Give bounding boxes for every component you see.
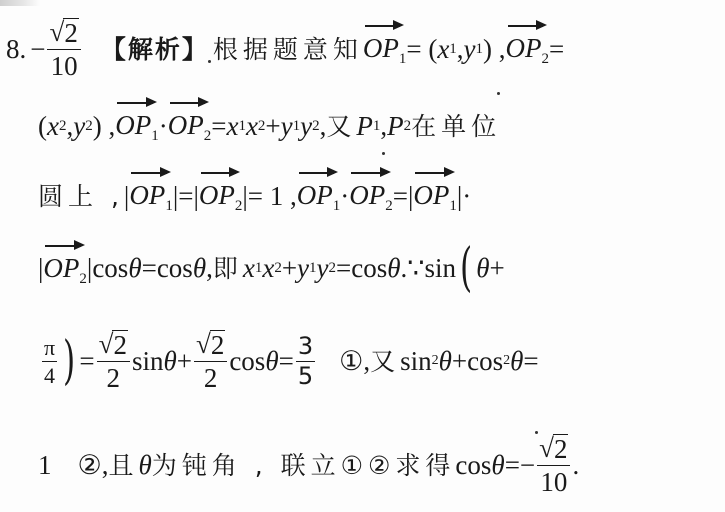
sqrt2-over-2: √2 2 [194,330,227,393]
sqrt-icon: √ [99,330,114,358]
scan-speck [535,431,538,434]
because-icon: ∵ [407,255,424,282]
scan-speck [497,92,500,95]
solution-line-3: 圆上 , | OP1 | = | OP2 | = 1 , OP1 · OP2 =… [38,178,471,214]
vector-op2: OP2 [349,178,393,214]
sqrt-icon: √ [49,18,64,46]
solution-line-2: ( x2 , y2 ) , OP1 · OP2 = x1 x2 + y1 y2 … [38,108,501,144]
solution-line-6: 1 ② , 且 θ 为钝角 , 联立①②求得 cos θ = − √2 10 . [38,434,579,497]
final-answer-fraction: √2 10 [537,434,570,497]
vector-op1: OP1 [297,178,341,214]
answer-sign: − [30,36,45,63]
sqrt-icon: √ [196,330,211,358]
vector-op1: OP1 [413,178,457,214]
solution-line-1: 8. − √2 10 【解析】 根据题意知 OP1 = ( x1 , y1 ) … [6,18,564,81]
circled-two-icon: ② [78,452,102,479]
vector-op1: OP1 [129,178,173,214]
vector-op2: OP2 [43,251,87,287]
analysis-header: 【解析】 [101,37,209,62]
vector-op1: OP1 [115,108,159,144]
vector-op2: OP2 [199,178,243,214]
left-paren: ( [460,248,472,290]
pi-over-4: π 4 [42,336,57,387]
vector-op2: OP2 [168,108,212,144]
scan-speck [382,152,385,155]
vector-op1: OP1 [363,31,407,67]
right-paren: ) [63,341,75,383]
vector-op2: OP2 [506,31,550,67]
scan-artifact [0,0,40,6]
scan-speck [208,60,211,63]
solution-line-4: | OP2 | cos θ = cos θ , 即 x1 x2 + y1 y2 … [38,248,505,290]
sqrt2-over-2: √2 2 [97,330,130,393]
three-fifths: 3 5 [296,334,315,389]
sqrt-icon: √ [539,434,554,462]
circled-one-icon: ① [339,348,363,375]
answer-fraction: √2 10 [47,18,80,81]
solution-line-5: π 4 ) = √2 2 sin θ + √2 2 cos θ = 3 5 ① … [40,330,539,393]
problem-number: 8. [6,36,26,63]
